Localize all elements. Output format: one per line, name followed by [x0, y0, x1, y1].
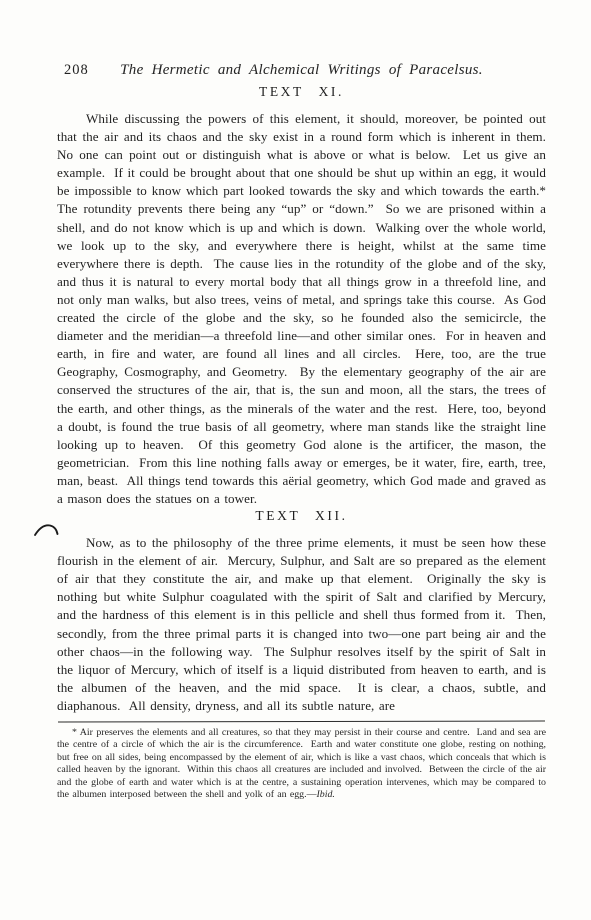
page-header: 208 The Hermetic and Alchemical Writings… — [57, 62, 546, 84]
section-heading-text-xi: TEXT XI. — [57, 84, 546, 100]
page-content: 208 The Hermetic and Alchemical Writings… — [57, 62, 546, 801]
pen-mark-annotation — [33, 522, 63, 540]
section-text-xii: TEXT XII. Now, as to the philosophy of t… — [57, 508, 546, 715]
running-title: The Hermetic and Alchemical Writings of … — [57, 62, 546, 79]
section-text-xi: TEXT XI. While discussing the powers of … — [57, 84, 546, 508]
footnote: * Air preserves the elements and all cre… — [57, 727, 546, 801]
footnote-divider — [58, 720, 545, 722]
footnote-text: * Air preserves the elements and all cre… — [57, 727, 549, 800]
paragraph-text-xi: While discussing the powers of this elem… — [57, 110, 546, 508]
section-heading-text-xii: TEXT XII. — [57, 508, 546, 524]
book-page: 208 The Hermetic and Alchemical Writings… — [0, 0, 591, 920]
page-number: 208 — [64, 62, 89, 79]
footnote-source: Ibid. — [316, 789, 334, 800]
paragraph-text-xii: Now, as to the philosophy of the three p… — [57, 534, 546, 715]
